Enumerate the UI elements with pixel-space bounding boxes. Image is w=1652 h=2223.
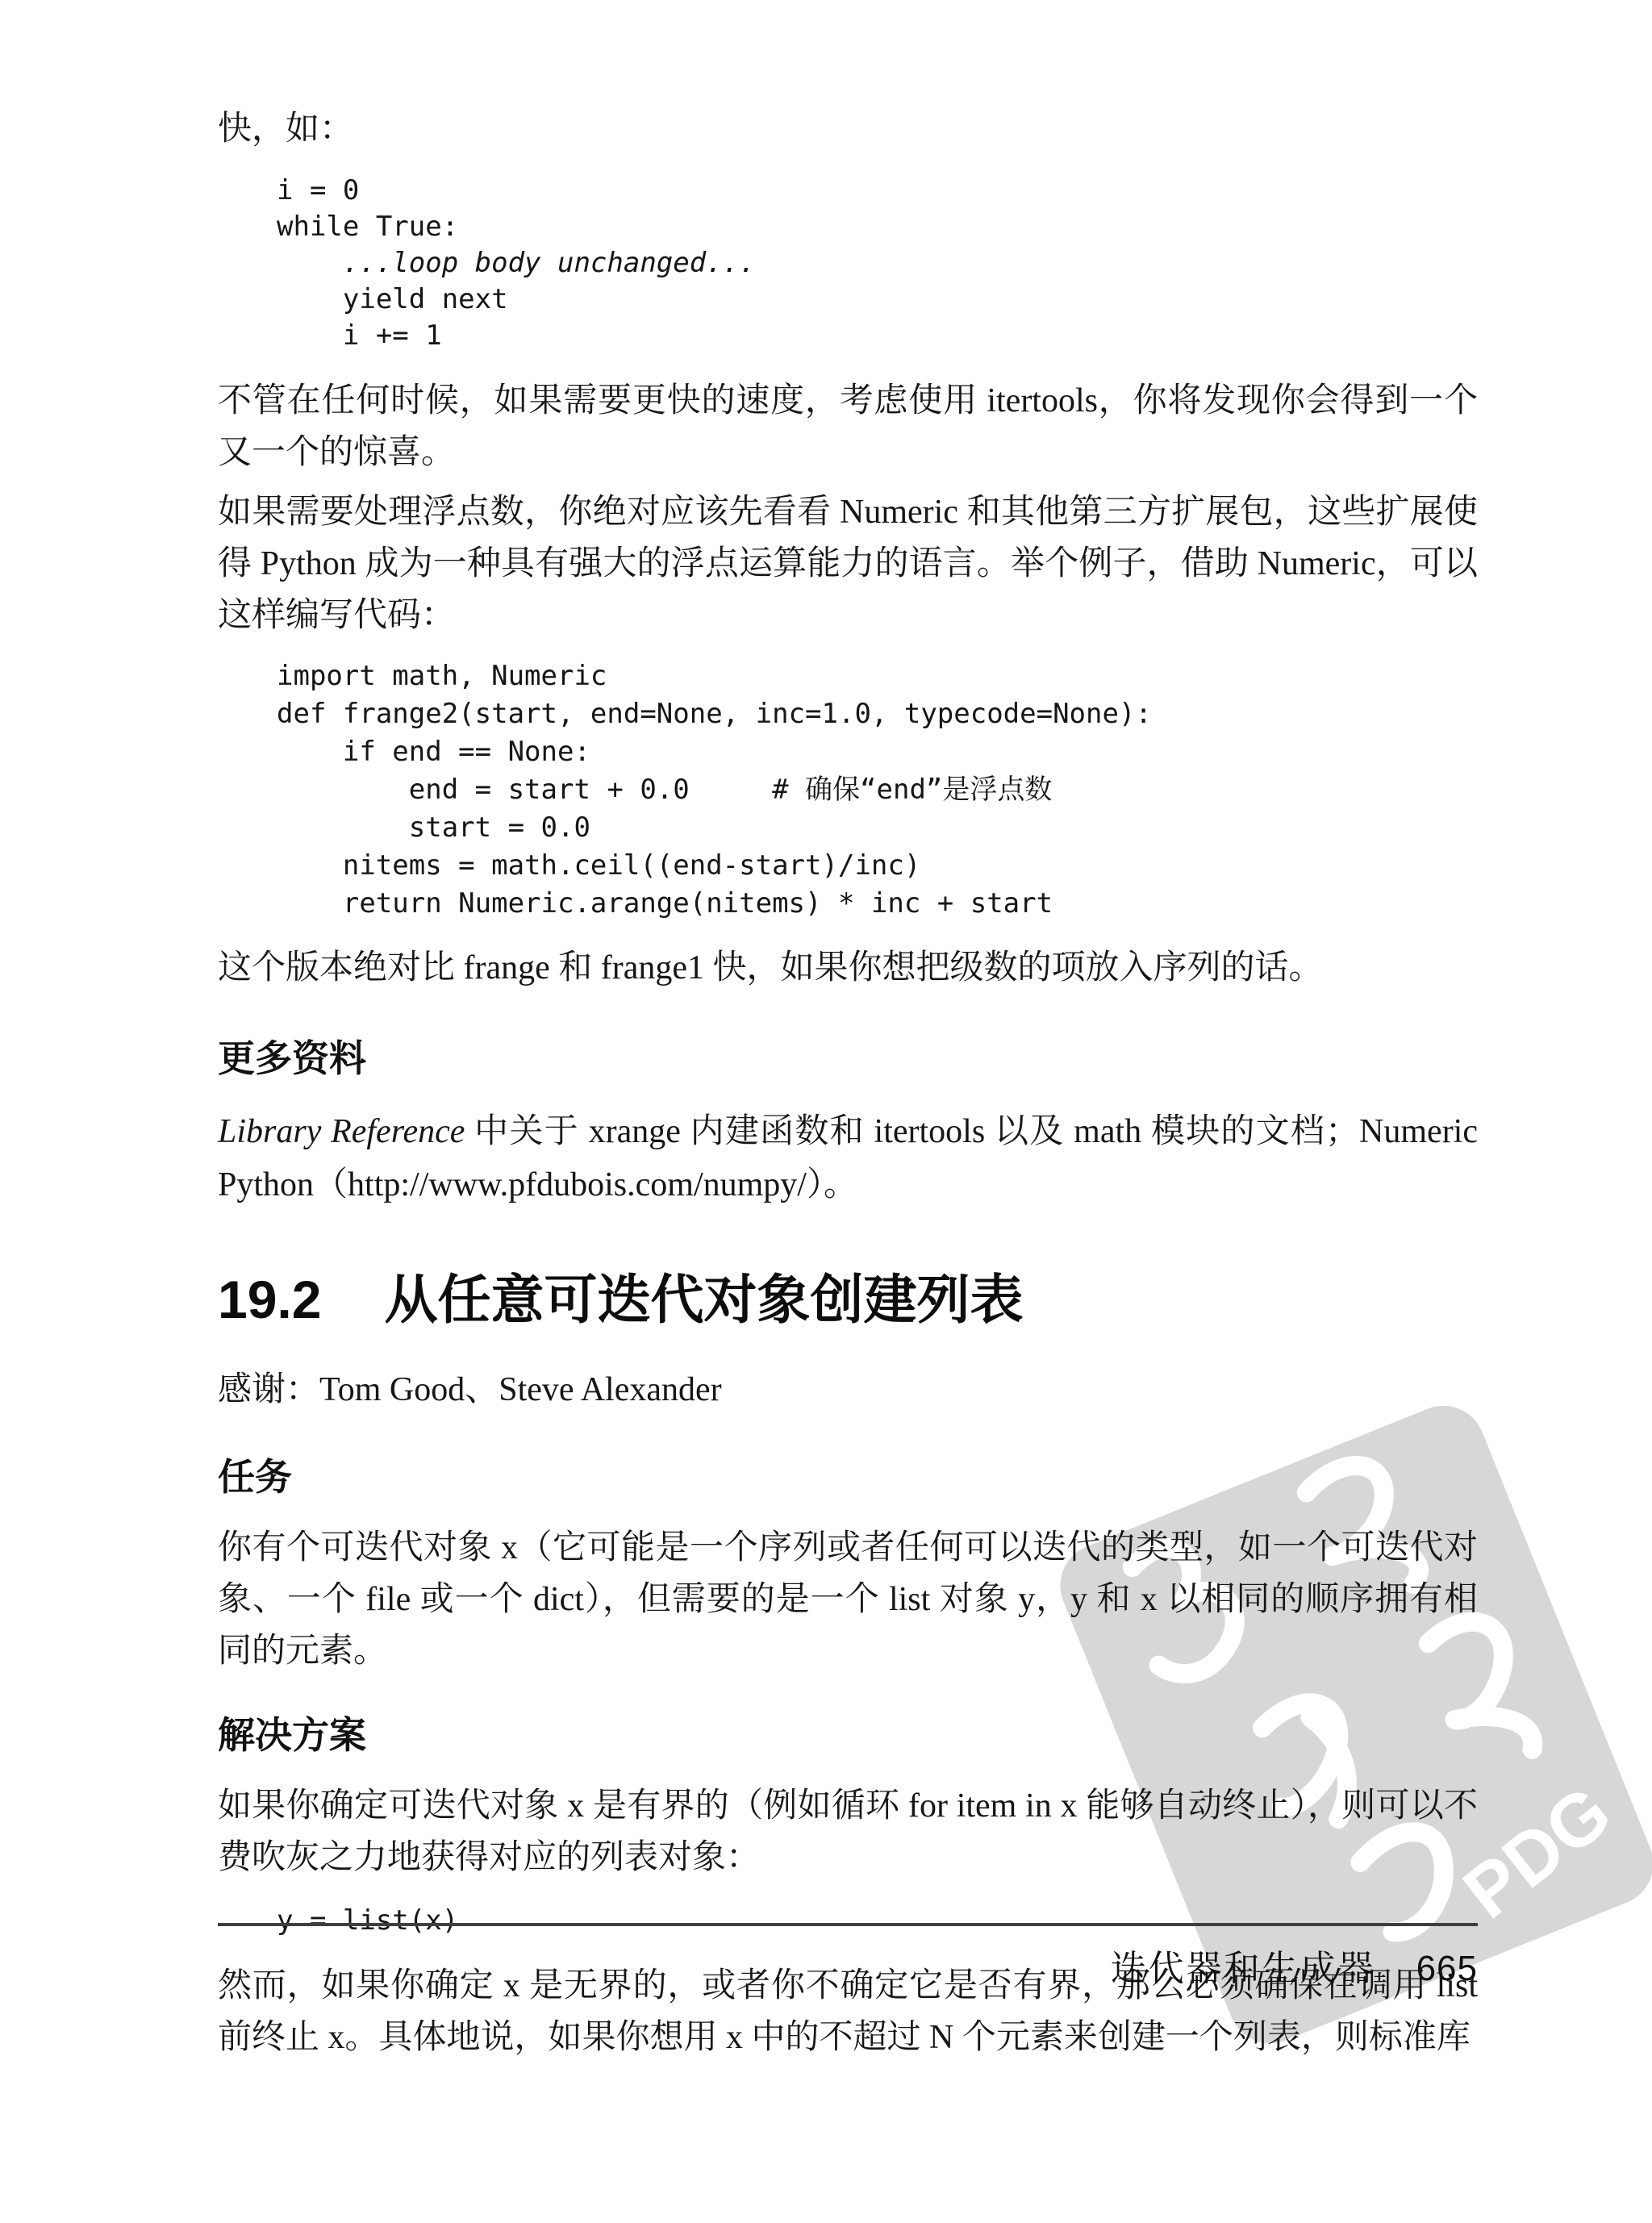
code-line: import math, Numeric (277, 657, 1478, 695)
heading-solution: 解决方案 (218, 1706, 1478, 1759)
heading-more-info: 更多资料 (218, 1029, 1478, 1082)
code-line: def frange2(start, end=None, inc=1.0, ty… (277, 695, 1478, 733)
code-line: start = 0.0 (277, 809, 1478, 847)
para-task: 你有个可迭代对象 x（它可能是一个序列或者任何可以迭代的类型，如一个可迭代对象、… (218, 1522, 1478, 1677)
code-line: if end == None: (277, 733, 1478, 771)
section-title: 从任意可迭代对象创建列表 (384, 1257, 1023, 1333)
page-content: 快，如： i = 0 while True: ...loop body unch… (218, 0, 1478, 2063)
para-numeric: 如果需要处理浮点数，你绝对应该先看看 Numeric 和其他第三方扩展包，这些扩… (218, 486, 1478, 641)
code-line-loop-body: ...loop body unchanged... (277, 245, 1478, 282)
code-block-frange2: import math, Numeric def frange2(start, … (277, 657, 1478, 923)
intro-line: 快，如： (218, 103, 1478, 155)
section-number: 19.2 (218, 1269, 321, 1330)
code-line: i += 1 (277, 318, 1478, 354)
para-itertools: 不管在任何时候，如果需要更快的速度，考虑使用 itertools，你将发现你会得… (218, 375, 1478, 478)
code-line: nitems = math.ceil((end-start)/inc) (277, 847, 1478, 885)
library-reference-title: Library Reference (218, 1113, 465, 1150)
code-block-generator: i = 0 while True: ...loop body unchanged… (277, 173, 1478, 354)
footer-page-number: 665 (1416, 1949, 1478, 1988)
code-line: i = 0 (277, 173, 1478, 209)
heading-task: 任务 (218, 1448, 1478, 1501)
footer-rule (218, 1923, 1478, 1926)
credits-line: 感谢：Tom Good、Steve Alexander (218, 1364, 1478, 1416)
footer-text: 迭代器和生成器665 (218, 1939, 1478, 1991)
para-version-comparison: 这个版本绝对比 frange 和 frange1 快，如果你想把级数的项放入序列… (218, 942, 1478, 994)
code-line: return Numeric.arange(nitems) * inc + st… (277, 885, 1478, 923)
code-line-with-comment: end = start + 0.0 # 确保“end”是浮点数 (277, 771, 1478, 809)
section-heading: 19.2 从任意可迭代对象创建列表 (218, 1257, 1478, 1333)
code-line: yield next (277, 282, 1478, 318)
para-solution-intro: 如果你确定可迭代对象 x 是有界的（例如循环 for item in x 能够自… (218, 1780, 1478, 1883)
footer-chapter: 迭代器和生成器 (1111, 1949, 1376, 1988)
para-references: Library Reference 中关于 xrange 内建函数和 itert… (218, 1105, 1478, 1212)
code-line: while True: (277, 209, 1478, 245)
book-page: PDG 快，如： i = 0 while True: ...loop body … (0, 0, 1652, 2223)
page-footer: 迭代器和生成器665 (218, 1923, 1478, 1991)
